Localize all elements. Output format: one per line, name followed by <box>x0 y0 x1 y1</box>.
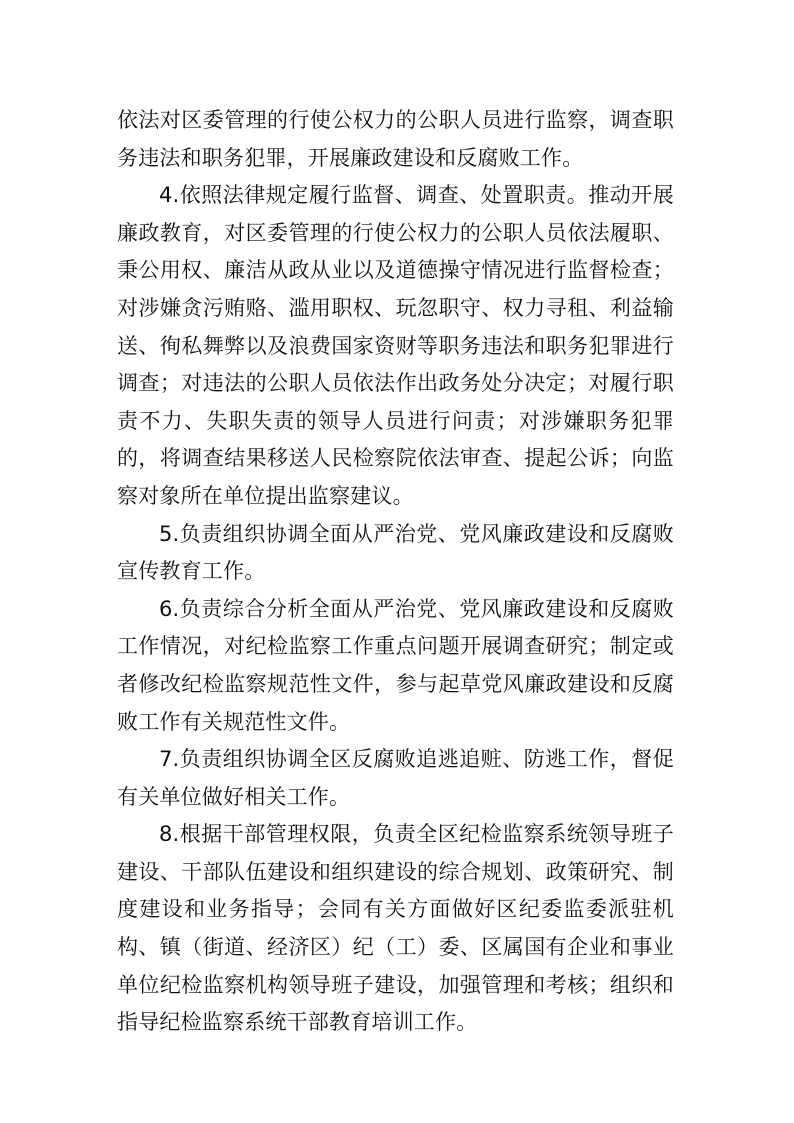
paragraph-continuation: 依法对区委管理的行使公权力的公职人员进行监察，调查职务违法和职务犯罪，开展廉政建… <box>117 102 674 177</box>
paragraph-item-7: 7.负责组织协调全区反腐败追逃追赃、防逃工作，督促有关单位做好相关工作。 <box>117 741 674 816</box>
document-page: 依法对区委管理的行使公权力的公职人员进行监察，调查职务违法和职务犯罪，开展廉政建… <box>117 102 674 1042</box>
paragraph-item-8: 8.根据干部管理权限，负责全区纪检监察系统领导班子建设、干部队伍建设和组织建设的… <box>117 816 674 1042</box>
paragraph-item-6: 6.负责综合分析全面从严治党、党风廉政建设和反腐败工作情况，对纪检监察工作重点问… <box>117 591 674 741</box>
paragraph-item-5: 5.负责组织协调全面从严治党、党风廉政建设和反腐败宣传教育工作。 <box>117 516 674 591</box>
paragraph-item-4: 4.依照法律规定履行监督、调查、处置职责。推动开展廉政教育，对区委管理的行使公权… <box>117 177 674 515</box>
